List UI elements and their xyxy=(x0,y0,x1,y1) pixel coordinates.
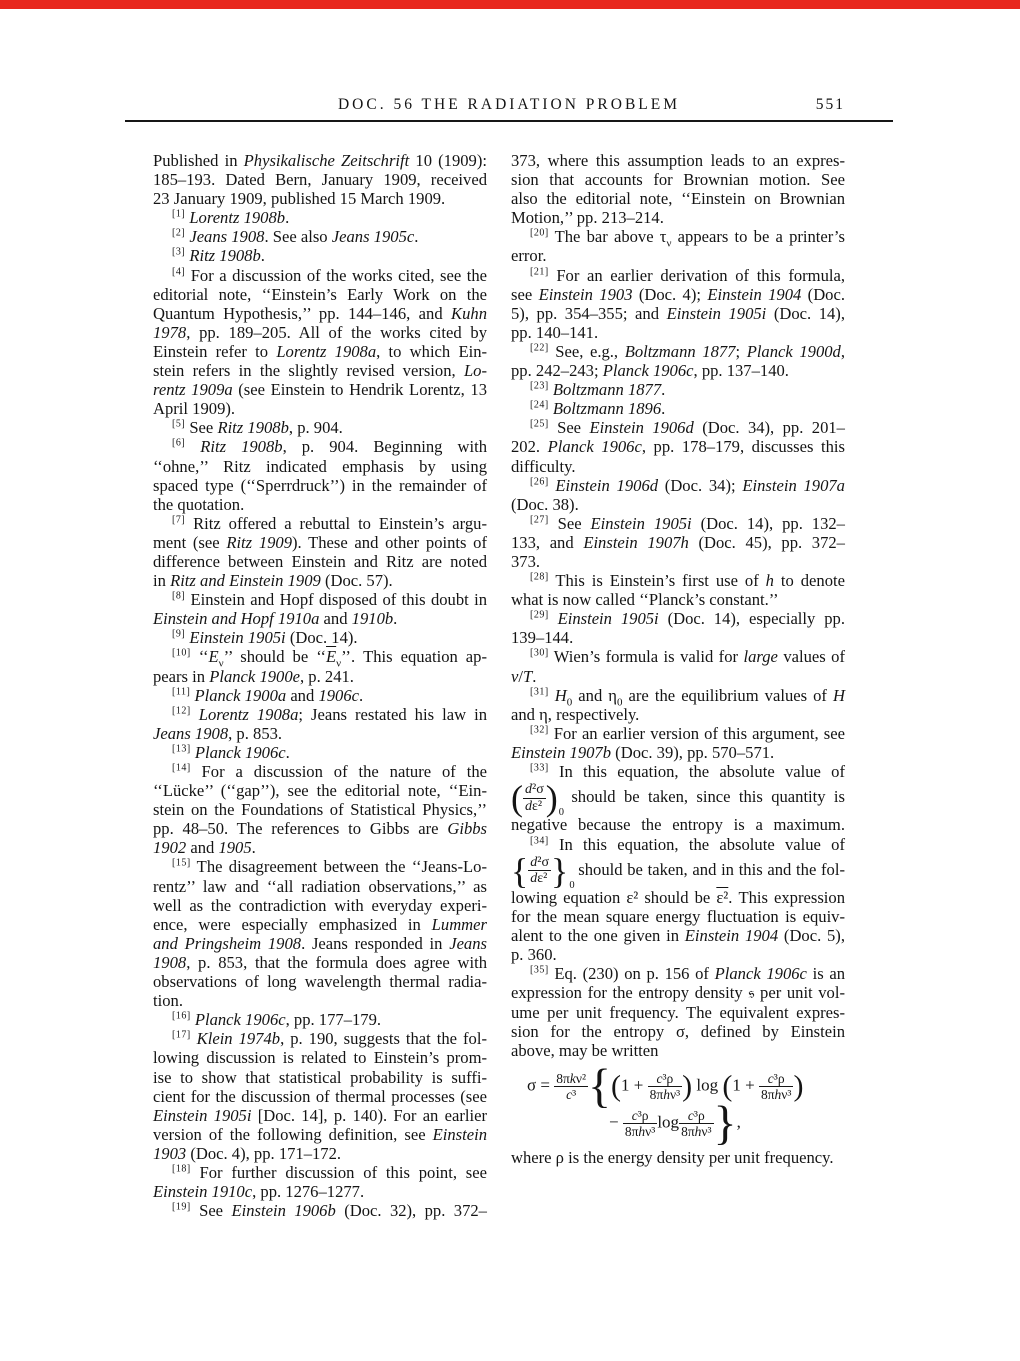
text-line: stein on the Foundations of Statistical … xyxy=(153,800,487,819)
text-line: rentz’’ law and ‘‘all radiation observat… xyxy=(153,877,487,896)
text-line: [13] Planck 1906c. xyxy=(153,743,487,762)
text-line: [16] Planck 1906c, pp. 177–179. xyxy=(153,1010,487,1029)
text-line: p. 360. xyxy=(511,945,845,964)
text-line: and η, respectively. xyxy=(511,705,845,724)
text-line: alent to the one given in Einstein 1904 … xyxy=(511,926,845,945)
text-line: lowing discussion is related to Einstein… xyxy=(153,1048,487,1067)
text-line: [19] See Einstein 1906b (Doc. 32), pp. 3… xyxy=(153,1201,487,1220)
text-line: [27] See Einstein 1905i (Doc. 14), pp. 1… xyxy=(511,514,845,533)
text-line: ‘‘ohne,’’ Ritz indicated emphasis by usi… xyxy=(153,457,487,476)
text-line: ν/T. xyxy=(511,667,845,686)
text-line: [22] See, e.g., Boltzmann 1877; Planck 1… xyxy=(511,342,845,361)
text-line: expression for the entropy density 𝔰 per… xyxy=(511,983,845,1002)
text-line: what is now called ‘‘Planck’s constant.’… xyxy=(511,590,845,609)
text-line: (Doc. 38). xyxy=(511,495,845,514)
text-line: 133, and Einstein 1907h (Doc. 45), pp. 3… xyxy=(511,533,845,552)
formula-line-2: − c³ρ8πhν³logc³ρ8πhν³}, xyxy=(609,1107,845,1140)
text-line: Quantum Hypothesis,’’ pp. 144–146, and K… xyxy=(153,304,487,323)
text-line: [25] See Einstein 1906d (Doc. 34), pp. 2… xyxy=(511,418,845,437)
page-title: DOC. 56 THE RADIATION PROBLEM xyxy=(125,96,893,114)
formula-line-1: σ = 8πkν²c³{(1 + c³ρ8πhν³) log (1 + c³ρ8… xyxy=(527,1070,845,1103)
text-line: [2] Jeans 1908. See also Jeans 1905c. xyxy=(153,227,487,246)
text-line: Einstein and Hopf 1910a and 1910b. xyxy=(153,609,487,628)
text-line: [9] Einstein 1905i (Doc. 14). xyxy=(153,628,487,647)
text-line: Einstein 1905i [Doc. 14], p. 140). For a… xyxy=(153,1106,487,1125)
text-line: 1902 and 1905. xyxy=(153,838,487,857)
text-line: Einstein 1907b (Doc. 39), pp. 570–571. xyxy=(511,743,845,762)
page-number: 551 xyxy=(816,96,845,114)
text-line: [24] Boltzmann 1896. xyxy=(511,399,845,418)
text-line: tion. xyxy=(153,991,487,1010)
entropy-formula: σ = 8πkν²c³{(1 + c³ρ8πhν³) log (1 + c³ρ8… xyxy=(517,1070,845,1140)
text-line: stein refers in the slightly revised ver… xyxy=(153,361,487,380)
text-line: [23] Boltzmann 1877. xyxy=(511,380,845,399)
text-line: [31] H0 and η0 are the equilibrium value… xyxy=(511,686,845,705)
text-line: pp. 140–141. xyxy=(511,323,845,342)
text-line: difficulty. xyxy=(511,457,845,476)
text-line: sion for the entropy σ, defined by Einst… xyxy=(511,1022,845,1041)
text-line: 373. xyxy=(511,552,845,571)
text-line: for the mean square energy fluctuation i… xyxy=(511,907,845,926)
text-line: rentz 1909a (see Einstein to Hendrik Lor… xyxy=(153,380,487,399)
text-line: [4] For a discussion of the works cited,… xyxy=(153,266,487,285)
text-line: negative because the entropy is a maximu… xyxy=(511,815,845,834)
text-line: 5), pp. 354–355; and Einstein 1905i (Doc… xyxy=(511,304,845,323)
text-line: [26] Einstein 1906d (Doc. 34); Einstein … xyxy=(511,476,845,495)
text-line: [14] For a discussion of the nature of t… xyxy=(153,762,487,781)
text-line: Jeans 1908, p. 853. xyxy=(153,724,487,743)
text-line: [18] For further discussion of this poin… xyxy=(153,1163,487,1182)
text-line: 23 January 1909, published 15 March 1909… xyxy=(153,189,487,208)
text-line: [6] Ritz 1908b, p. 904. Beginning with xyxy=(153,437,487,456)
text-line: Motion,’’ pp. 213–214. xyxy=(511,208,845,227)
right-column-closing: where ρ is the energy density per unit f… xyxy=(511,1148,845,1167)
text-line: [7] Ritz offered a rebuttal to Einstein’… xyxy=(153,514,487,533)
text-line: 1978, pp. 189–205. All of the works cite… xyxy=(153,323,487,342)
text-line: [21] For an earlier derivation of this f… xyxy=(511,266,845,285)
text-line: [20] The bar above τν appears to be a pr… xyxy=(511,227,845,246)
running-head: DOC. 56 THE RADIATION PROBLEM 551 xyxy=(125,96,893,118)
text-line: [3] Ritz 1908b. xyxy=(153,246,487,265)
right-column: 373, where this assumption leads to an e… xyxy=(511,151,845,1167)
text-line: in Ritz and Einstein 1909 (Doc. 57). xyxy=(153,571,487,590)
right-column-lines: 373, where this assumption leads to an e… xyxy=(511,151,845,1060)
text-line: [5] See Ritz 1908b, p. 904. xyxy=(153,418,487,437)
text-line: pears in Planck 1900e, p. 241. xyxy=(153,667,487,686)
text-line: where ρ is the energy density per unit f… xyxy=(511,1148,845,1167)
text-line: error. xyxy=(511,246,845,265)
text-line: [35] Eq. (230) on p. 156 of Planck 1906c… xyxy=(511,964,845,983)
text-line: Einstein refer to Lorentz 1908a, to whic… xyxy=(153,342,487,361)
text-line: [17] Klein 1974b, p. 190, suggests that … xyxy=(153,1029,487,1048)
text-line: 373, where this assumption leads to an e… xyxy=(511,151,845,170)
text-line: 185–193. Dated Bern, January 1909, recei… xyxy=(153,170,487,189)
text-line: [33] In this equation, the absolute valu… xyxy=(511,762,845,781)
text-line: sion that accounts for Brownian motion. … xyxy=(511,170,845,189)
text-line: lowing equation ε² should be ε². This ex… xyxy=(511,888,845,907)
text-line: [32] For an earlier version of this argu… xyxy=(511,724,845,743)
text-line: (d²σdε²)0 should be taken, since this qu… xyxy=(511,781,845,815)
text-line: above, may be written xyxy=(511,1041,845,1060)
text-line: [10] ‘‘Eν’’ should be ‘‘Eν’’. This equat… xyxy=(153,647,487,666)
scanned-book-page: { "colors": { "accent_bar": "#e8281e", "… xyxy=(0,0,1020,1361)
text-line: [28] This is Einstein’s first use of h t… xyxy=(511,571,845,590)
text-line: ‘‘Lücke’’ (‘‘gap’’), see the editorial n… xyxy=(153,781,487,800)
text-line: well as the contradiction with everyday … xyxy=(153,896,487,915)
text-line: [15] The disagreement between the ‘‘Jean… xyxy=(153,857,487,876)
text-line: [11] Planck 1900a and 1906c. xyxy=(153,686,487,705)
text-line: [8] Einstein and Hopf disposed of this d… xyxy=(153,590,487,609)
text-line: 139–144. xyxy=(511,628,845,647)
text-line: April 1909). xyxy=(153,399,487,418)
text-line: spaced type (‘‘Sperrdruck’’) in the rema… xyxy=(153,476,487,495)
text-line: see Einstein 1903 (Doc. 4); Einstein 190… xyxy=(511,285,845,304)
header-rule xyxy=(125,120,893,122)
text-line: cient for the discussion of thermal proc… xyxy=(153,1087,487,1106)
text-line: [30] Wien’s formula is valid for large v… xyxy=(511,647,845,666)
text-line: ume per unit frequency. The equivalent e… xyxy=(511,1003,845,1022)
text-line: difference between Einstein and Ritz are… xyxy=(153,552,487,571)
text-line: and Pringsheim 1908. Jeans responded in … xyxy=(153,934,487,953)
text-line: ment (see Ritz 1909). These and other po… xyxy=(153,533,487,552)
text-line: also the editorial note, ‘‘Einstein on B… xyxy=(511,189,845,208)
left-column: Published in Physikalische Zeitschrift 1… xyxy=(153,151,487,1220)
text-line: version of the following definition, see… xyxy=(153,1125,487,1144)
text-line: [29] Einstein 1905i (Doc. 14), especiall… xyxy=(511,609,845,628)
text-line: ence, were especially emphasized in Lumm… xyxy=(153,915,487,934)
text-line: observations of long wavelength thermal … xyxy=(153,972,487,991)
text-line: 202. Planck 1906c, pp. 178–179, discusse… xyxy=(511,437,845,456)
text-line: pp. 242–243; Planck 1906c, pp. 137–140. xyxy=(511,361,845,380)
scan-edge-red-strip xyxy=(0,0,1020,9)
text-line: pp. 48–50. The references to Gibbs are G… xyxy=(153,819,487,838)
text-line: the quotation. xyxy=(153,495,487,514)
text-line: {d²σdε²}0 should be taken, and in this a… xyxy=(511,854,845,888)
text-line: 1908, p. 853, that the formula does agre… xyxy=(153,953,487,972)
text-line: ise to show that statistical probability… xyxy=(153,1068,487,1087)
text-line: Einstein 1910c, pp. 1276–1277. xyxy=(153,1182,487,1201)
text-line: Published in Physikalische Zeitschrift 1… xyxy=(153,151,487,170)
text-line: 1903 (Doc. 4), pp. 171–172. xyxy=(153,1144,487,1163)
text-line: editorial note, ‘‘Einstein’s Early Work … xyxy=(153,285,487,304)
text-line: [12] Lorentz 1908a; Jeans restated his l… xyxy=(153,705,487,724)
text-line: [1] Lorentz 1908b. xyxy=(153,208,487,227)
